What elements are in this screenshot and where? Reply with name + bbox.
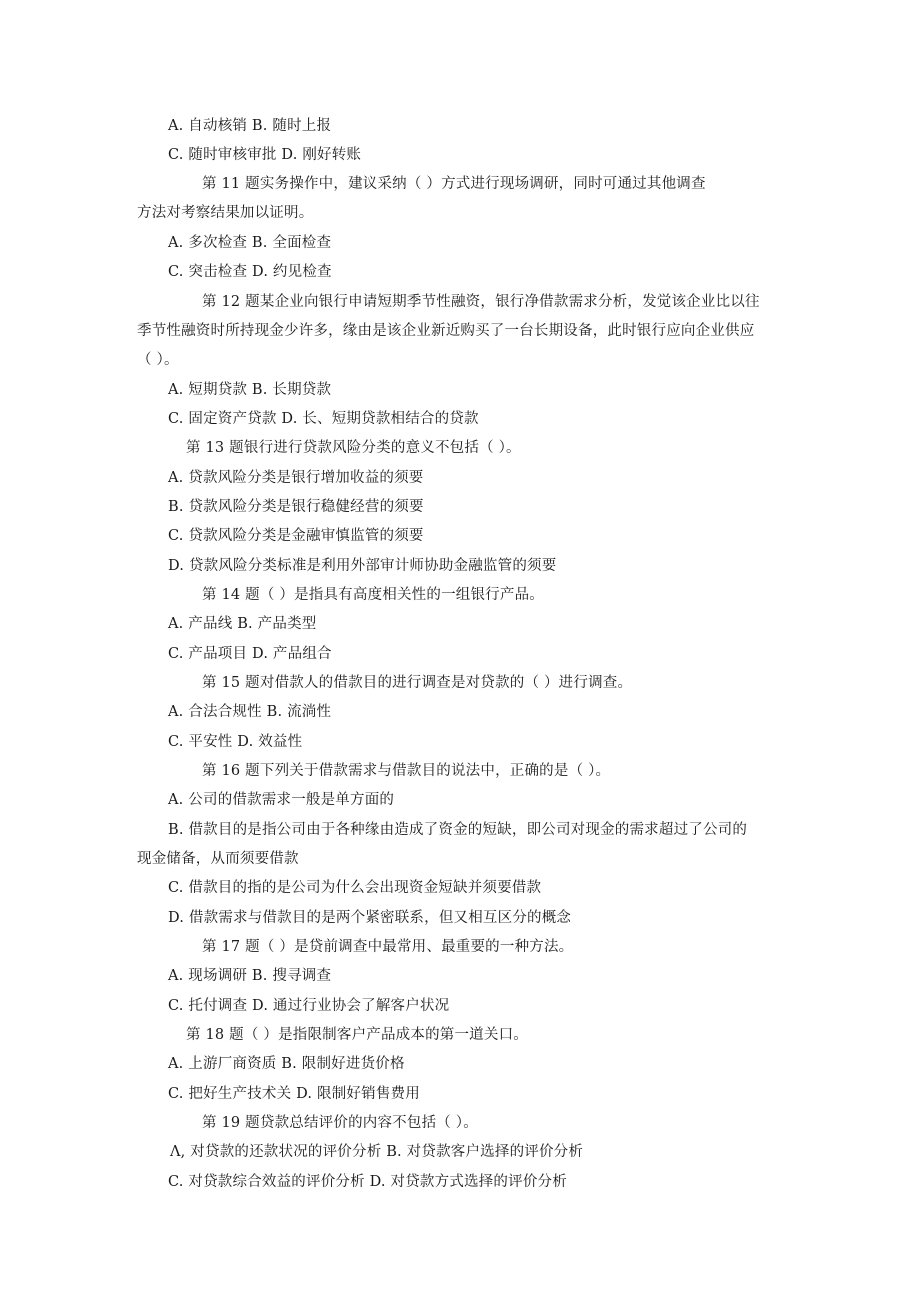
question-16-stem: 第 16 题下列关于借款需求与借款目的说法中，正确的是（ ）。 (202, 761, 610, 781)
option-q16-c: C. 借款目的指的是公司为什么会出现资金短缺并须要借款 (168, 878, 541, 898)
question-13-stem: 第 13 题银行进行贷款风险分类的意义不包括（ ）。 (186, 438, 521, 458)
option-line-q12-cd: C. 固定资产贷款 D. 长、短期贷款相结合的贷款 (168, 409, 479, 429)
option-line-q14-cd: C. 产品项目 D. 产品组合 (168, 644, 332, 664)
option-line-q18-cd: C. 把好生产技术关 D. 限制好销售费用 (168, 1084, 420, 1104)
question-12-stem: 第 12 题某企业向银行申请短期季节性融资，银行净借款需求分析，发觉该企业比以往 (202, 292, 760, 312)
question-19-stem: 第 19 题贷款总结评价的内容不包括（ ）。 (202, 1113, 478, 1133)
question-12-blank: （ ）。 (137, 350, 179, 370)
option-line-q17-cd: C. 托付调查 D. 通过行业协会了解客户状况 (168, 996, 449, 1016)
option-line-q19-ab: Λ, 对贷款的还款状况的评价分析 B. 对贷款客户选择的评价分析 (170, 1142, 583, 1162)
option-line-q19-cd: C. 对贷款综合效益的评价分析 D. 对贷款方式选择的评价分析 (168, 1172, 567, 1192)
document-page: A. 自动核销 B. 随时上报 C. 随时审核审批 D. 刚好转账 第 11 题… (0, 0, 920, 1301)
option-line-q18-ab: A. 上游厂商资质 B. 限制好进货价格 (168, 1054, 405, 1074)
question-17-stem: 第 17 题（ ）是贷前调查中最常用、最重要的一种方法。 (202, 937, 573, 957)
question-11-stem-cont: 方法对考察结果加以证明。 (137, 203, 313, 223)
option-q13-c: C. 贷款风险分类是金融审慎监管的须要 (168, 526, 424, 546)
option-line-q17-ab: A. 现场调研 B. 搜寻调查 (168, 966, 331, 986)
option-line-q15-cd: C. 平安性 D. 效益性 (168, 732, 302, 752)
option-line-q12-ab: A. 短期贷款 B. 长期贷款 (168, 380, 331, 400)
option-q13-d: D. 贷款风险分类标准是利用外部审计师协助金融监管的须要 (168, 556, 556, 576)
option-q13-a: A. 贷款风险分类是银行增加收益的须要 (168, 468, 424, 488)
question-12-stem-cont: 季节性融资时所持现金少许多，缘由是该企业新近购买了一台长期设备，此时银行应向企业… (137, 321, 754, 341)
question-11-stem: 第 11 题实务操作中，建议采纳（ ）方式进行现场调研，同时可通过其他调查 (202, 174, 706, 194)
option-line-q10-ab: A. 自动核销 B. 随时上报 (168, 116, 331, 136)
option-line-q10-cd: C. 随时审核审批 D. 刚好转账 (168, 145, 361, 165)
option-line-q15-ab: A. 合法合规性 B. 流淌性 (168, 702, 331, 722)
option-q16-b: B. 借款目的是指公司由于各种缘由造成了资金的短缺，即公司对现金的需求超过了公司… (168, 820, 747, 840)
question-14-stem: 第 14 题（ ）是指具有高度相关性的一组银行产品。 (202, 585, 544, 605)
option-q16-d: D. 借款需求与借款目的是两个紧密联系，但又相互区分的概念 (168, 908, 571, 928)
option-q16-a: A. 公司的借款需求一般是单方面的 (168, 790, 394, 810)
question-15-stem: 第 15 题对借款人的借款目的进行调查是对贷款的（ ）进行调查。 (202, 673, 632, 693)
option-q13-b: B. 贷款风险分类是银行稳健经营的须要 (168, 497, 424, 517)
option-line-q14-ab: A. 产品线 B. 产品类型 (168, 614, 316, 634)
option-line-q11-cd: C. 突击检查 D. 约见检查 (168, 262, 332, 282)
option-q16-b-cont: 现金储备，从而须要借款 (137, 849, 299, 869)
question-18-stem: 第 18 题（ ）是指限制客户产品成本的第一道关口。 (186, 1025, 528, 1045)
option-line-q11-ab: A. 多次检查 B. 全面检查 (168, 233, 331, 253)
